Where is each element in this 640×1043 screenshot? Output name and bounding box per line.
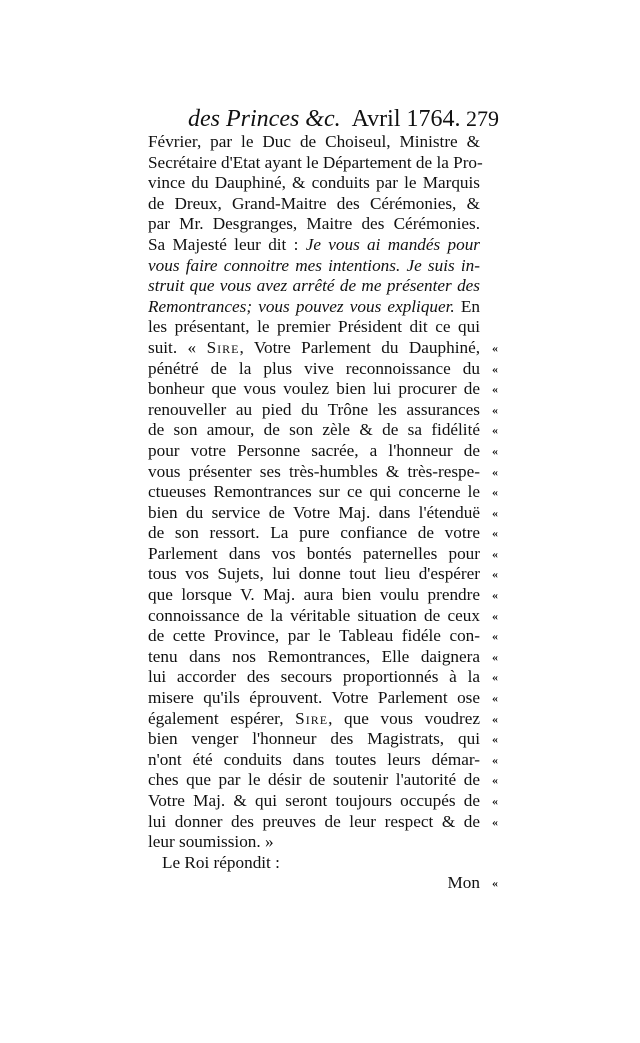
text-line: Février, par le Duc de Choiseul, Ministr… — [148, 132, 480, 153]
text-span: ctueuses Remontrances sur ce qui concern… — [148, 482, 480, 501]
text-span: leur soumission. » — [148, 832, 274, 851]
margin-quote-mark: « — [492, 729, 496, 750]
margin-quote-mark: « — [492, 873, 496, 894]
margin-quote-mark: « — [492, 462, 496, 483]
text-line: struit que vous avez arrêté de me présen… — [148, 276, 480, 297]
text-span: struit que vous avez arrêté de me présen… — [148, 276, 480, 295]
text-span: Sa Majesté leur dit : — [148, 235, 298, 254]
text-span: les présentant, le premier Président dit… — [148, 317, 480, 336]
text-line: de son ressort. La pure confiance de vot… — [148, 523, 480, 544]
text-span: bonheur que vous voulez bien lui procure… — [148, 379, 480, 398]
text-line: pour votre Personne sacrée, a l'honneur … — [148, 441, 480, 462]
text-span: Parlement dans vos bontés paternelles po… — [148, 544, 480, 563]
text-line: lui accorder des secours proportionnés à… — [148, 667, 480, 688]
text-line: ctueuses Remontrances sur ce qui concern… — [148, 482, 480, 503]
text-span: Mon — [448, 873, 480, 892]
text-line: renouveller au pied du Trône les assuran… — [148, 400, 480, 421]
text-line: par Mr. Desgranges, Maitre des Cérémonie… — [148, 214, 480, 235]
margin-quote-mark: « — [492, 688, 496, 709]
running-header: des Princes &c. Avril 1764. 279 — [188, 104, 518, 134]
margin-quote-mark: « — [492, 523, 496, 544]
text-span: vous faire connoitre mes intentions. Je … — [148, 256, 480, 275]
text-line: pénétré de la plus vive reconnoissance d… — [148, 359, 480, 380]
margin-quote-mark: « — [492, 441, 496, 462]
text-span: Remontrances; vous pouvez vous expliquer… — [148, 297, 455, 316]
margin-quote-mark: « — [492, 585, 496, 606]
text-line: de Dreux, Grand-Maitre des Cérémonies, & — [148, 194, 480, 215]
margin-quote-mark: « — [492, 770, 496, 791]
text-line: connoissance de la véritable situation d… — [148, 606, 480, 627]
text-span: misere qu'ils éprouvent. Votre Parlement… — [148, 688, 480, 707]
margin-quote-mark: « — [492, 647, 496, 668]
text-span: Février, par le Duc de Choiseul, Ministr… — [148, 132, 480, 151]
text-span: de Dreux, Grand-Maitre des Cérémonies, & — [148, 194, 480, 213]
margin-quote-mark: « — [492, 400, 496, 421]
page-number: 279 — [466, 104, 499, 134]
text-span: bien du service de Votre Maj. dans l'éte… — [148, 503, 480, 522]
margin-quote-mark: « — [492, 709, 496, 730]
text-span: de cette Province, par le Tableau fidéle… — [148, 626, 480, 645]
header-date: Avril 1764. — [352, 106, 461, 132]
text-line: bien venger l'honneur des Magistrats, qu… — [148, 729, 480, 750]
margin-quote-mark: « — [492, 606, 496, 627]
text-span: de son amour, de son zèle & de sa fidéli… — [148, 420, 480, 439]
margin-quote-mark: « — [492, 750, 496, 771]
text-span: Sire — [207, 338, 240, 357]
margin-quote-mark: « — [492, 544, 496, 565]
running-title: des Princes &c. — [188, 106, 341, 132]
text-line: misere qu'ils éprouvent. Votre Parlement… — [148, 688, 480, 709]
margin-quote-mark: « — [492, 338, 496, 359]
text-span: également espérer, — [148, 709, 295, 728]
text-line: Parlement dans vos bontés paternelles po… — [148, 544, 480, 565]
text-line: vous faire connoitre mes intentions. Je … — [148, 256, 480, 277]
text-span: pour votre Personne sacrée, a l'honneur … — [148, 441, 480, 460]
text-span: pénétré de la plus vive reconnoissance d… — [148, 359, 480, 378]
text-span: suit. « — [148, 338, 207, 357]
text-span: Le Roi répondit : — [162, 853, 280, 872]
text-line: Mon« — [148, 873, 480, 894]
text-span: ches que par le désir de soutenir l'auto… — [148, 770, 480, 789]
margin-quote-mark: « — [492, 359, 496, 380]
margin-quote-mark: « — [492, 503, 496, 524]
text-span: bien venger l'honneur des Magistrats, qu… — [148, 729, 480, 748]
text-line: les présentant, le premier Président dit… — [148, 317, 480, 338]
text-line: bonheur que vous voulez bien lui procure… — [148, 379, 480, 400]
margin-quote-mark: « — [492, 791, 496, 812]
margin-quote-mark: « — [492, 626, 496, 647]
text-line: ches que par le désir de soutenir l'auto… — [148, 770, 480, 791]
book-page: des Princes &c. Avril 1764. 279 Février,… — [0, 0, 640, 1043]
text-span: vous présenter ses très-humbles & très-r… — [148, 462, 480, 481]
text-span: que lorsque V. Maj. aura bien voulu pren… — [148, 585, 480, 604]
margin-quote-mark: « — [492, 482, 496, 503]
text-line: Le Roi répondit : — [148, 853, 480, 874]
text-line: tenu dans nos Remontrances, Elle daigner… — [148, 647, 480, 668]
text-span: lui donner des preuves de leur respect &… — [148, 812, 480, 831]
text-line: vince du Dauphiné, & conduits par le Mar… — [148, 173, 480, 194]
margin-quote-mark: « — [492, 379, 496, 400]
text-span: , Votre Parlement du Dauphiné, — [239, 338, 480, 357]
text-line: vous présenter ses très-humbles & très-r… — [148, 462, 480, 483]
text-span: connoissance de la véritable situation d… — [148, 606, 480, 625]
text-line: lui donner des preuves de leur respect &… — [148, 812, 480, 833]
text-line: de son amour, de son zèle & de sa fidéli… — [148, 420, 480, 441]
margin-quote-mark: « — [492, 420, 496, 441]
text-line: Remontrances; vous pouvez vous expliquer… — [148, 297, 480, 318]
text-span: Votre Maj. & qui seront toujours occupés… — [148, 791, 480, 810]
text-span: En — [461, 297, 480, 316]
text-line: tous vos Sujets, lui donne tout lieu d'e… — [148, 564, 480, 585]
text-line: leur soumission. » — [148, 832, 480, 853]
text-span: tous vos Sujets, lui donne tout lieu d'e… — [148, 564, 480, 583]
margin-quote-mark: « — [492, 812, 496, 833]
text-line: Secrétaire d'Etat ayant le Département d… — [148, 153, 480, 174]
page-body: Février, par le Duc de Choiseul, Ministr… — [148, 132, 480, 894]
text-line: n'ont été conduits dans toutes leurs dém… — [148, 750, 480, 771]
text-span: par Mr. Desgranges, Maitre des Cérémonie… — [148, 214, 480, 233]
text-line: également espérer, Sire, que vous voudre… — [148, 709, 480, 730]
text-span: Sire — [295, 709, 328, 728]
text-span: n'ont été conduits dans toutes leurs dém… — [148, 750, 480, 769]
text-line: suit. « Sire, Votre Parlement du Dauphin… — [148, 338, 480, 359]
text-span: lui accorder des secours proportionnés à… — [148, 667, 480, 686]
text-span: , que vous voudrez — [328, 709, 480, 728]
text-line: de cette Province, par le Tableau fidéle… — [148, 626, 480, 647]
text-span: tenu dans nos Remontrances, Elle daigner… — [148, 647, 480, 666]
text-line: bien du service de Votre Maj. dans l'éte… — [148, 503, 480, 524]
text-line: que lorsque V. Maj. aura bien voulu pren… — [148, 585, 480, 606]
text-span: vince du Dauphiné, & conduits par le Mar… — [148, 173, 480, 192]
text-span: de son ressort. La pure confiance de vot… — [148, 523, 480, 542]
margin-quote-mark: « — [492, 667, 496, 688]
text-span: Je vous ai mandés pour — [306, 235, 480, 254]
margin-quote-mark: « — [492, 564, 496, 585]
text-line: Votre Maj. & qui seront toujours occupés… — [148, 791, 480, 812]
text-span: Secrétaire d'Etat ayant le Département d… — [148, 153, 483, 172]
text-span: renouveller au pied du Trône les assuran… — [148, 400, 480, 419]
text-line: Sa Majesté leur dit : Je vous ai mandés … — [148, 235, 480, 256]
